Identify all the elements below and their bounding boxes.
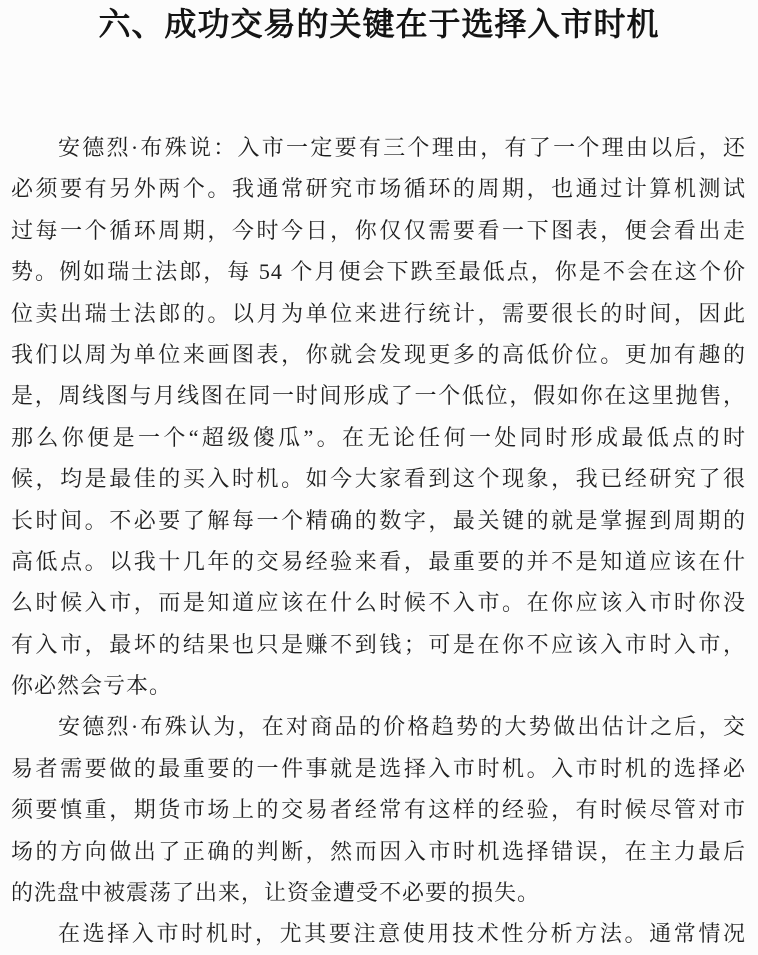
text-line: 我们以周为单位来画图表，你就会发现更多的高低价位。更加有趣的 <box>11 334 746 375</box>
text-line: 易者需要做的最重要的一件事就是选择入市时机。入市时机的选择必 <box>11 748 746 789</box>
text-line: 的洗盘中被震荡了出来，让资金遭受不必要的损失。 <box>11 872 746 913</box>
text-line: 你必然会亏本。 <box>11 665 746 706</box>
body-text: 安德烈·布殊说：入市一定要有三个理由，有了一个理由以后，还必须要有另外两个。我通… <box>11 127 746 955</box>
text-line: 那么你便是一个“超级傻瓜”。在无论任何一处同时形成最低点的时 <box>11 417 746 458</box>
text-line: 高低点。以我十几年的交易经验来看，最重要的并不是知道应该在什 <box>11 541 746 582</box>
text-line: 是，周线图与月线图在同一时间形成了一个低位，假如你在这里抛售， <box>11 375 746 416</box>
text-line: 有入市，最坏的结果也只是赚不到钱；可是在你不应该入市时入市， <box>11 624 746 665</box>
text-line: 位卖出瑞士法郎的。以月为单位来进行统计，需要很长的时间，因此 <box>11 293 746 334</box>
text-line: 候，均是最佳的买入时机。如今大家看到这个现象，我已经研究了很 <box>11 458 746 499</box>
text-line: 须要慎重，期货市场上的交易者经常有这样的经验，有时候尽管对市 <box>11 789 746 830</box>
text-line: 长时间。不必要了解每一个精确的数字，最关键的就是掌握到周期的 <box>11 500 746 541</box>
text-line: 过每一个循环周期，今时今日，你仅仅需要看一下图表，便会看出走 <box>11 210 746 251</box>
text-line: 安德烈·布殊说：入市一定要有三个理由，有了一个理由以后，还 <box>11 127 746 168</box>
text-line: 么时候入市，而是知道应该在什么时候不入市。在你应该入市时你没 <box>11 582 746 623</box>
text-line: 在选择入市时机时，尤其要注意使用技术性分析方法。通常情况 <box>11 913 746 954</box>
book-page: 六、成功交易的关键在于选择入市时机 安德烈·布殊说：入市一定要有三个理由，有了一… <box>0 0 758 955</box>
text-line: 安德烈·布殊认为，在对商品的价格趋势的大势做出估计之后，交 <box>11 706 746 747</box>
text-line: 势。例如瑞士法郎，每 54 个月便会下跌至最低点，你是不会在这个价 <box>11 251 746 292</box>
page-title: 六、成功交易的关键在于选择入市时机 <box>0 0 758 48</box>
text-line: 场的方向做出了正确的判断，然而因入市时机选择错误，在主力最后 <box>11 831 746 872</box>
text-line: 必须要有另外两个。我通常研究市场循环的周期，也通过计算机测试 <box>11 168 746 209</box>
